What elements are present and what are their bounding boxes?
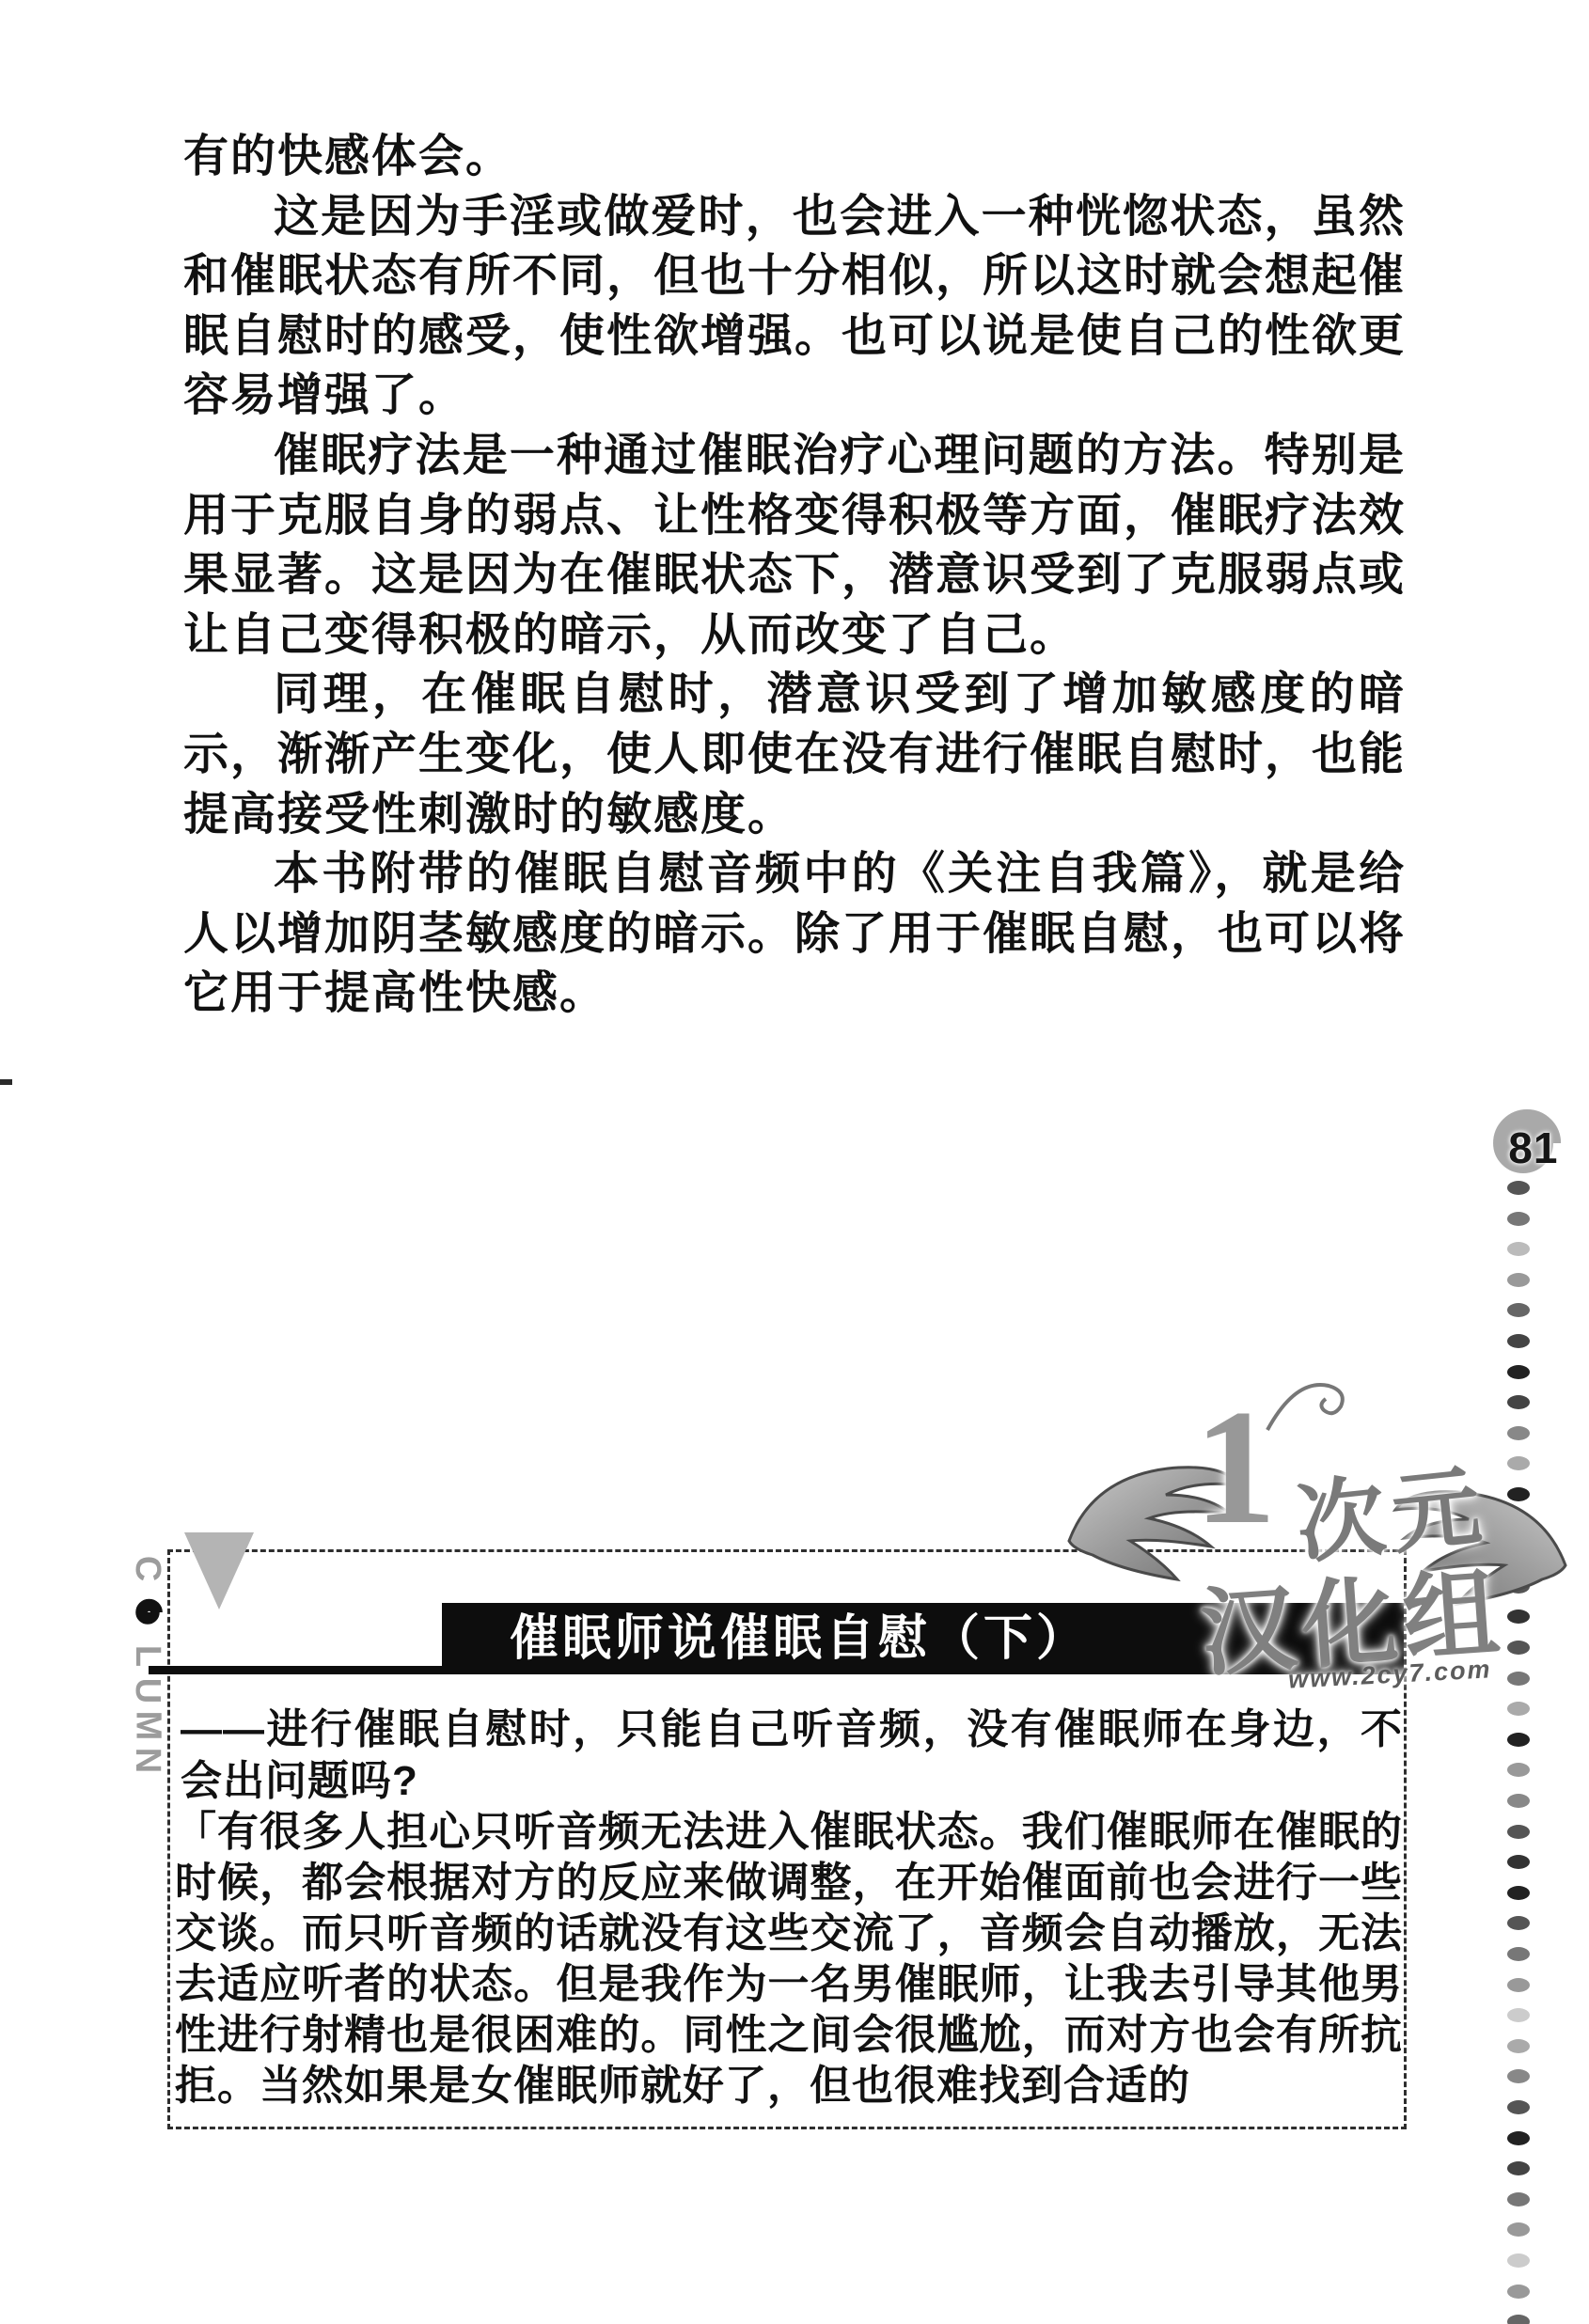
column-title-bar: 催眠师说催眠自慰（下） (442, 1603, 1404, 1674)
column-label-letter: C (130, 1556, 165, 1581)
spiral-o-icon (123, 1588, 172, 1637)
side-dot (1507, 2131, 1530, 2145)
page-edge-tick (0, 1079, 12, 1085)
side-dot (1507, 1825, 1530, 1839)
side-dot (1507, 1334, 1530, 1348)
side-dot (1507, 2100, 1530, 2114)
side-dot (1507, 1487, 1530, 1501)
column-label-letter: U (130, 1678, 165, 1704)
side-dot (1507, 2285, 1530, 2299)
flourish-icon (1258, 1369, 1371, 1435)
side-dot (1507, 1641, 1530, 1655)
side-dot (1507, 1978, 1530, 1992)
side-dot (1507, 1242, 1530, 1256)
side-dot (1507, 1763, 1530, 1777)
body-paragraph: 同理，在催眠自慰时，潜意识受到了增加敏感度的暗示，渐渐产生变化，使人即使在没有进… (183, 665, 1406, 844)
column-title: 催眠师说催眠自慰（下） (442, 1603, 1404, 1674)
side-dot (1507, 1456, 1530, 1470)
wing-right-icon (1392, 1476, 1580, 1626)
side-dot (1507, 2192, 1530, 2206)
triangle-down-icon (184, 1532, 254, 1610)
watermark-numeral: 1 (1194, 1373, 1277, 1562)
body-paragraph: 本书附带的催眠自慰音频中的《关注自我篇》，就是给人以增加阴茎敏感度的暗示。除了用… (183, 844, 1406, 1024)
book-page: 有的快感体会。这是因为手淫或做爱时，也会进入一种恍惚状态，虽然和催眠状态有所不同… (0, 0, 1589, 2324)
side-dot (1507, 1548, 1530, 1562)
side-dot (1507, 2161, 1530, 2175)
column-title-underline (149, 1666, 449, 1674)
column-vertical-label: CLUMN (118, 1551, 177, 1778)
side-dot (1507, 1181, 1530, 1195)
side-dot (1507, 1273, 1530, 1287)
side-dot (1507, 1610, 1530, 1624)
side-dot (1507, 1672, 1530, 1686)
body-paragraph: 催眠疗法是一种通过催眠治疗心理问题的方法。特别是用于克服自身的弱点、让性格变得积… (183, 426, 1406, 665)
column-answer-text: 「有很多人担心只听音频无法进入催眠状态。我们催眠师在催眠的时候，都会根据对方的反… (175, 1807, 1403, 2112)
side-dot (1507, 1579, 1530, 1594)
side-dot (1507, 2008, 1530, 2022)
side-dot (1507, 2039, 1530, 2053)
side-dot (1507, 1395, 1530, 1409)
side-dot (1507, 1365, 1530, 1379)
side-dot (1507, 1947, 1530, 1961)
side-dot (1507, 1916, 1530, 1930)
side-dot (1507, 2253, 1530, 2268)
side-dot (1507, 1733, 1530, 1747)
side-dot (1507, 1303, 1530, 1317)
column-label-letter: M (131, 1711, 165, 1741)
column-question-text: ——进行催眠自慰时，只能自己听音频，没有催眠师在身边，不会出问题吗? (181, 1704, 1403, 1807)
side-dot (1507, 1518, 1530, 1532)
side-dot (1507, 2069, 1530, 2083)
column-label-letter: L (131, 1645, 165, 1667)
side-dot (1507, 1426, 1530, 1440)
side-dot (1507, 2222, 1530, 2237)
body-paragraph: 有的快感体会。 (183, 127, 1406, 187)
side-dot (1507, 2315, 1530, 2324)
side-dot (1507, 1794, 1530, 1808)
side-dot (1507, 1855, 1530, 1869)
side-dot (1507, 1702, 1530, 1716)
side-dot (1507, 1886, 1530, 1900)
side-dot (1507, 1212, 1530, 1226)
main-text-block: 有的快感体会。这是因为手淫或做爱时，也会进入一种恍惚状态，虽然和催眠状态有所不同… (183, 127, 1406, 1024)
body-paragraph: 这是因为手淫或做爱时，也会进入一种恍惚状态，虽然和催眠状态有所不同，但也十分相似… (183, 187, 1406, 426)
column-label-letter: N (130, 1748, 165, 1773)
page-number: 81 (1508, 1123, 1558, 1173)
